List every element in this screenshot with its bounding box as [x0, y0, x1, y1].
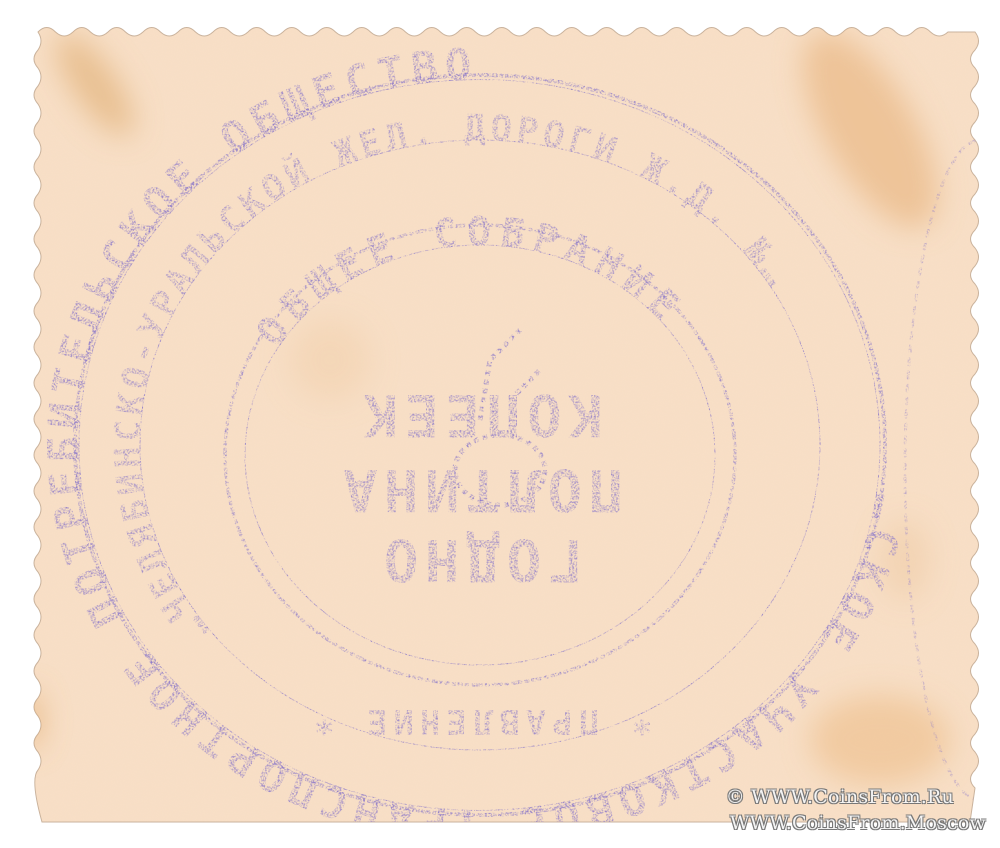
cachet-center-line-1: ГОДНО: [378, 526, 583, 594]
cachet-bottom-text: * ПРАВЛЕНИЕ *: [308, 701, 652, 741]
watermark-line-1: © WWW.CoinsFrom.Ru: [726, 786, 954, 808]
watermark-line-2: WWW.CoinsFrom.Moscow: [730, 812, 986, 834]
token-reverse-photo: …СКОЕ УЧАСТКОВОЕ ТРАНСПОРТНОЕ ПОТРЕБИТЕЛ…: [0, 0, 1000, 848]
cachet-center-line-2: ПОЛТИНА: [337, 456, 623, 524]
